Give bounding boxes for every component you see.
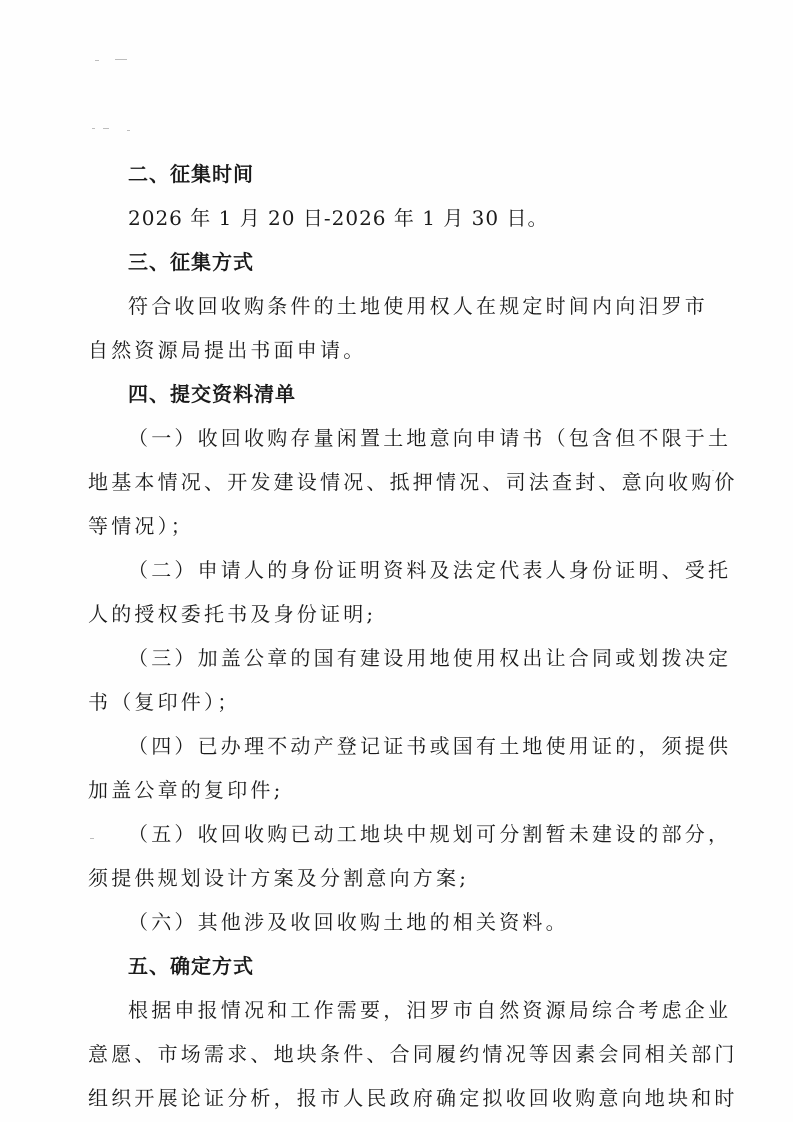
document-body: 二、征集时间 2026 年 1 月 20 日-2026 年 1 月 30 日。 … bbox=[88, 152, 708, 1120]
section-heading: 三、征集方式 bbox=[88, 240, 708, 284]
paragraph-line: 符合收回收购条件的土地使用权人在规定时间内向汨罗市 bbox=[88, 284, 708, 328]
list-item-line: （六）其他涉及收回收购土地的相关资料。 bbox=[88, 900, 708, 944]
list-item-line: 地基本情况、开发建设情况、抵押情况、司法查封、意向收购价 bbox=[88, 460, 708, 504]
document-page: 二、征集时间 2026 年 1 月 20 日-2026 年 1 月 30 日。 … bbox=[0, 0, 793, 1122]
paragraph-line: 组织开展论证分析，报市人民政府确定拟收回收购意向地块和时 bbox=[88, 1076, 708, 1120]
scan-noise bbox=[95, 60, 99, 61]
paragraph-line: 意愿、市场需求、地块条件、合同履约情况等因素会同相关部门 bbox=[88, 1032, 708, 1076]
scan-noise bbox=[92, 128, 95, 129]
paragraph-line: 根据申报情况和工作需要，汨罗市自然资源局综合考虑企业 bbox=[88, 988, 708, 1032]
list-item-line: （二）申请人的身份证明资料及法定代表人身份证明、受托 bbox=[88, 548, 708, 592]
section-heading: 四、提交资料清单 bbox=[88, 372, 708, 416]
section-heading: 五、确定方式 bbox=[88, 944, 708, 988]
list-item-line: 须提供规划设计方案及分割意向方案; bbox=[88, 856, 708, 900]
section-heading: 二、征集时间 bbox=[88, 152, 708, 196]
scan-noise bbox=[115, 59, 127, 60]
list-item-line: （一）收回收购存量闲置土地意向申请书（包含但不限于土 bbox=[88, 416, 708, 460]
list-item-line: （五）收回收购已动工地块中规划可分割暂未建设的部分， bbox=[88, 812, 708, 856]
scan-noise bbox=[103, 128, 109, 129]
list-item-line: （四）已办理不动产登记证书或国有土地使用证的，须提供 bbox=[88, 724, 708, 768]
list-item-line: 书（复印件）； bbox=[88, 680, 708, 724]
scan-noise bbox=[127, 130, 130, 131]
collection-period: 2026 年 1 月 20 日-2026 年 1 月 30 日。 bbox=[88, 196, 708, 240]
paragraph-line: 自然资源局提出书面申请。 bbox=[88, 328, 708, 372]
list-item-line: 人的授权委托书及身份证明; bbox=[88, 592, 708, 636]
list-item-line: 加盖公章的复印件; bbox=[88, 768, 708, 812]
list-item-line: 等情况）； bbox=[88, 504, 708, 548]
list-item-line: （三）加盖公章的国有建设用地使用权出让合同或划拨决定 bbox=[88, 636, 708, 680]
